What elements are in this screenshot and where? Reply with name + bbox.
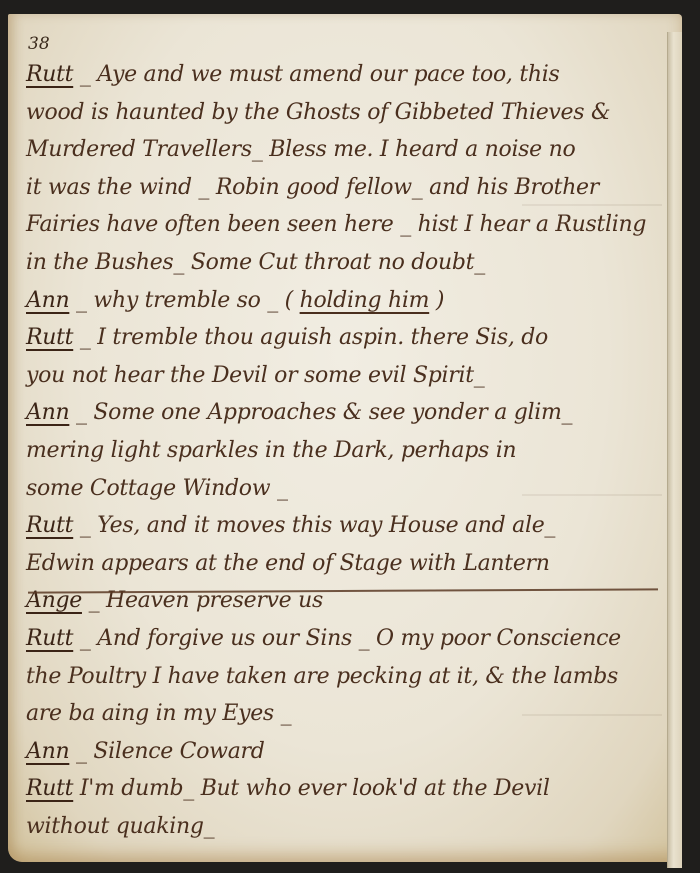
- line-text: _ I tremble thou aguish aspin. there Sis…: [73, 325, 548, 350]
- manuscript-line: Rutt _ Yes, and it moves this way House …: [26, 509, 676, 547]
- manuscript-line: Fairies have often been seen here _ hist…: [26, 208, 676, 246]
- line-text: in the Bushes_ Some Cut throat no doubt_: [26, 250, 485, 275]
- manuscript-line: Rutt _ Aye and we must amend our pace to…: [26, 58, 676, 96]
- line-text: Fairies have often been seen here _ hist…: [26, 212, 646, 237]
- line-text: some Cottage Window _: [26, 476, 288, 501]
- manuscript-line: Ann _ Silence Coward: [26, 735, 676, 773]
- line-text: Murdered Travellers_ Bless me. I heard a…: [26, 137, 575, 162]
- scan-frame: 38 Rutt _ Aye and we must amend our pace…: [0, 0, 700, 873]
- ink-bleed-through: [522, 714, 662, 716]
- line-text: without quaking_: [26, 814, 214, 839]
- ink-bleed-through: [522, 494, 662, 496]
- manuscript-line: Ann _ Some one Approaches & see yonder a…: [26, 396, 676, 434]
- line-text: the Poultry I have taken are pecking at …: [26, 664, 618, 689]
- speaker-name: Rutt: [26, 776, 73, 801]
- ink-bleed-through: [522, 204, 662, 206]
- line-text: _ Some one Approaches & see yonder a gli…: [69, 400, 572, 425]
- manuscript-line: Ann _ why tremble so _ ( holding him ): [26, 284, 676, 322]
- speaker-name: Ann: [26, 739, 69, 764]
- line-text: are ba aing in my Eyes _: [26, 701, 291, 726]
- line-text: it was the wind _ Robin good fellow_ and…: [26, 175, 599, 200]
- speaker-name: Rutt: [26, 513, 73, 538]
- line-text: you not hear the Devil or some evil Spir…: [26, 363, 484, 388]
- manuscript-line: the Poultry I have taken are pecking at …: [26, 660, 676, 698]
- line-text: wood is haunted by the Ghosts of Gibbete…: [26, 100, 610, 125]
- manuscript-line: Rutt _ I tremble thou aguish aspin. ther…: [26, 321, 676, 359]
- stage-direction-line: Edwin appears at the end of Stage with L…: [26, 547, 676, 585]
- manuscript-line: it was the wind _ Robin good fellow_ and…: [26, 171, 676, 209]
- speaker-name: Rutt: [26, 62, 73, 87]
- line-text: _ Silence Coward: [69, 739, 264, 764]
- line-text: ): [429, 288, 444, 313]
- manuscript-line: Rutt _ And forgive us our Sins _ O my po…: [26, 622, 676, 660]
- manuscript-line: without quaking_: [26, 810, 676, 848]
- speaker-name: Rutt: [26, 626, 73, 651]
- page-number: 38: [28, 34, 50, 54]
- manuscript-line: Rutt I'm dumb_ But who ever look'd at th…: [26, 772, 676, 810]
- speaker-name: Ann: [26, 400, 69, 425]
- manuscript-line: mering light sparkles in the Dark, perha…: [26, 434, 676, 472]
- manuscript-line: you not hear the Devil or some evil Spir…: [26, 359, 676, 397]
- line-text: _ Yes, and it moves this way House and a…: [73, 513, 555, 538]
- speaker-name: Rutt: [26, 325, 73, 350]
- line-text: Edwin appears at the end of Stage with L…: [26, 551, 550, 576]
- manuscript-line: some Cottage Window _: [26, 472, 676, 510]
- manuscript-page: 38 Rutt _ Aye and we must amend our pace…: [8, 14, 682, 862]
- manuscript-line: Murdered Travellers_ Bless me. I heard a…: [26, 133, 676, 171]
- line-text: _ why tremble so _ (: [69, 288, 299, 313]
- manuscript-text: Rutt _ Aye and we must amend our pace to…: [26, 58, 676, 847]
- line-text: _ Aye and we must amend our pace too, th…: [73, 62, 559, 87]
- manuscript-line: wood is haunted by the Ghosts of Gibbete…: [26, 96, 676, 134]
- line-text: _ And forgive us our Sins _ O my poor Co…: [73, 626, 621, 651]
- line-text: I'm dumb_ But who ever look'd at the Dev…: [73, 776, 549, 801]
- stage-direction: holding him: [300, 288, 430, 313]
- speaker-name: Ann: [26, 288, 69, 313]
- line-text: mering light sparkles in the Dark, perha…: [26, 438, 516, 463]
- manuscript-line: in the Bushes_ Some Cut throat no doubt_: [26, 246, 676, 284]
